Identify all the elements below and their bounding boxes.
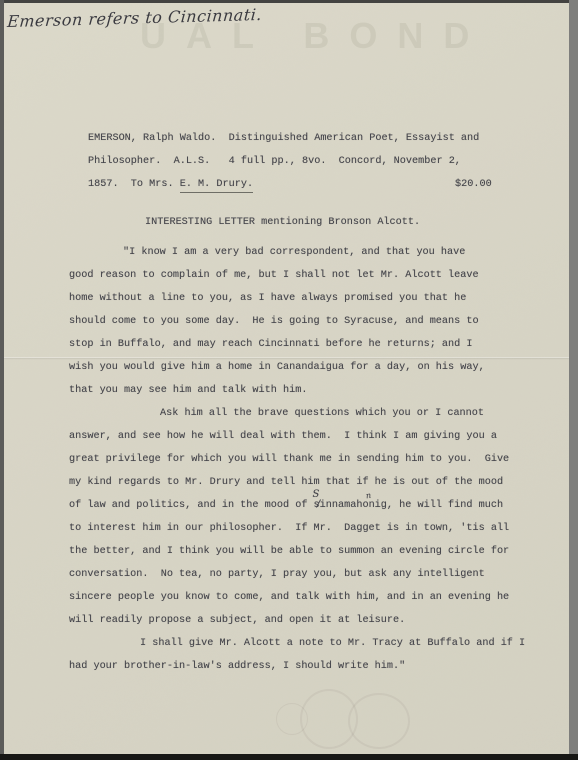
- typed-line: good reason to complain of me, but I sha…: [69, 264, 525, 287]
- typed-line-with-correction: of law and politics, and in the mood of …: [69, 494, 525, 517]
- header-line-3-text: 1857. To Mrs.: [88, 179, 180, 190]
- typed-line: I shall give Mr. Alcott a note to Mr. Tr…: [69, 632, 525, 655]
- typed-line: should come to you some day. He is going…: [69, 310, 525, 333]
- typed-line: the better, and I think you will be able…: [69, 540, 525, 563]
- subhead-line: INTERESTING LETTER mentioning Bronson Al…: [145, 211, 420, 234]
- typed-text: , he will find much: [387, 500, 503, 511]
- typed-word: sinnamahonig: [314, 500, 387, 511]
- typed-line: answer, and see how he will deal with th…: [69, 425, 525, 448]
- price-value: $20.00: [455, 173, 492, 196]
- typed-line: had your brother-in-law's address, I sho…: [69, 655, 525, 678]
- handwritten-insert-mark: n: [365, 492, 371, 501]
- typed-line: will readily propose a subject, and open…: [69, 609, 525, 632]
- header-line-1: EMERSON, Ralph Waldo. Distinguished Amer…: [88, 127, 479, 150]
- letter-excerpt: "I know I am a very bad correspondent, a…: [69, 241, 525, 678]
- typed-line: wish you would give him a home in Canand…: [69, 356, 525, 379]
- typed-line: my kind regards to Mr. Drury and tell hi…: [69, 471, 525, 494]
- typed-line: "I know I am a very bad correspondent, a…: [69, 241, 525, 264]
- typed-line: sincere people you know to come, and tal…: [69, 586, 525, 609]
- catalog-header: EMERSON, Ralph Waldo. Distinguished Amer…: [88, 127, 479, 196]
- typed-line: stop in Buffalo, and may reach Cincinnat…: [69, 333, 525, 356]
- header-line-3: 1857. To Mrs. E. M. Drury.$20.00: [88, 173, 479, 196]
- handwritten-capital-s-mark: S: [313, 490, 320, 500]
- typed-line: great privilege for which you will thank…: [69, 448, 525, 471]
- typed-line: conversation. No tea, no party, I pray y…: [69, 563, 525, 586]
- photo-edge-right: [569, 0, 578, 760]
- corrected-word: Snsinnamahonig: [314, 500, 387, 511]
- typed-line: home without a line to you, as I have al…: [69, 287, 525, 310]
- typed-text: of law and politics, and in the mood of: [69, 500, 314, 511]
- header-line-2: Philosopher. A.L.S. 4 full pp., 8vo. Con…: [88, 150, 479, 173]
- document-page: UAL BOND Emerson refers to Cincinnati. E…: [4, 3, 569, 754]
- photo-edge-bottom: [0, 754, 578, 760]
- typed-line: that you may see him and talk with him.: [69, 379, 525, 402]
- typed-line: to interest him in our philosopher. If M…: [69, 517, 525, 540]
- typed-line: Ask him all the brave questions which yo…: [69, 402, 525, 425]
- recipient-name-underlined: E. M. Drury.: [180, 179, 253, 193]
- watermark-emblem: [348, 693, 410, 749]
- watermark-emblem: [276, 703, 308, 735]
